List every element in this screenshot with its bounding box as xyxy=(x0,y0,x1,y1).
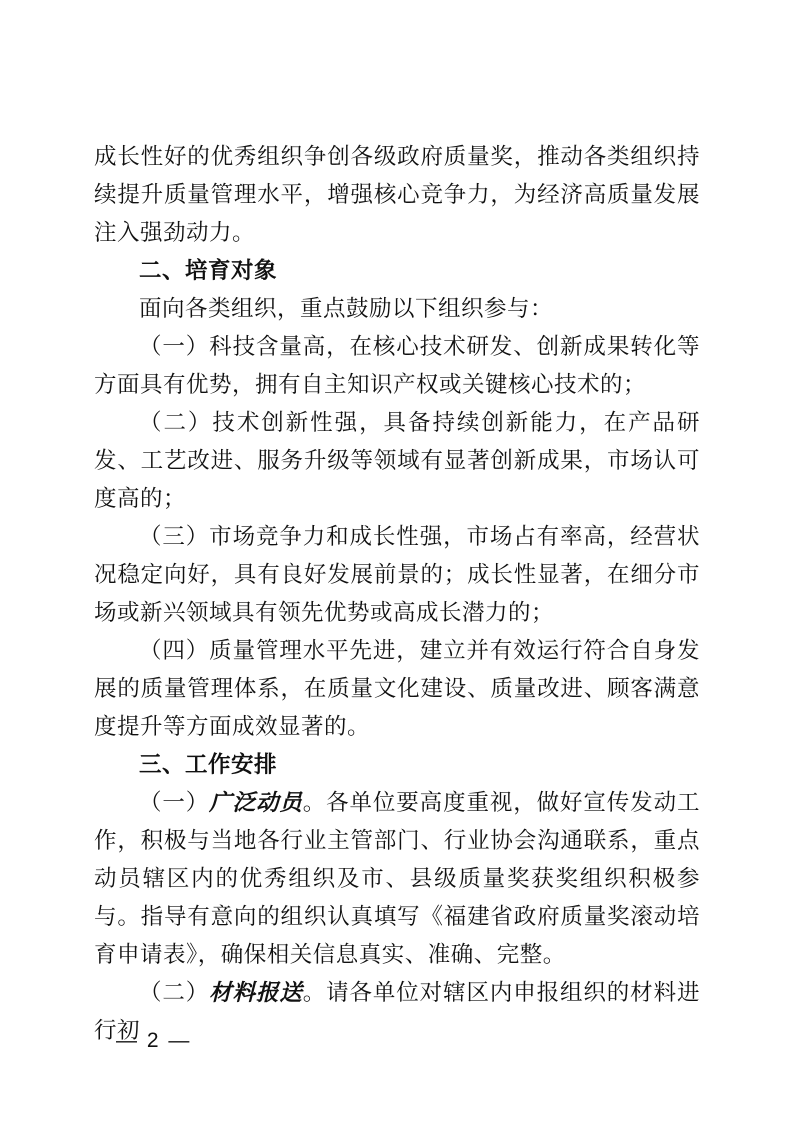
section-heading-2: 二、培育对象 xyxy=(94,252,700,290)
section-heading-3: 三、工作安排 xyxy=(94,746,700,784)
list-item-2: （二）技术创新性强，具备持续创新能力，在产品研发、工艺改进、服务升级等领域有显著… xyxy=(94,404,700,518)
list-item-3: （三）市场竞争力和成长性强，市场占有率高，经营状况稳定向好，具有良好发展前景的；… xyxy=(94,518,700,632)
work-item-1: （一）广泛动员。各单位要高度重视，做好宣传发动工作，积极与当地各行业主管部门、行… xyxy=(94,784,700,974)
emphasis-kaiti: 广泛动员 xyxy=(209,790,303,815)
document-page: 成长性好的优秀组织争创各级政府质量奖，推动各类组织持续提升质量管理水平，增强核心… xyxy=(0,0,793,1122)
page-footer: — 2 — xyxy=(116,1026,191,1056)
list-item-1: （一）科技含量高，在核心技术研发、创新成果转化等方面具有优势，拥有自主知识产权或… xyxy=(94,328,700,404)
list-marker: （二） xyxy=(139,980,209,1005)
paragraph: 面向各类组织，重点鼓励以下组织参与： xyxy=(94,290,700,328)
paragraph-text: 。各单位要高度重视，做好宣传发动工作，积极与当地各行业主管部门、行业协会沟通联系… xyxy=(94,790,700,967)
list-marker: （一） xyxy=(139,790,209,815)
paragraph-continuation: 成长性好的优秀组织争创各级政府质量奖，推动各类组织持续提升质量管理水平，增强核心… xyxy=(94,138,700,252)
page-number: — 2 — xyxy=(116,1029,191,1052)
list-item-4: （四）质量管理水平先进，建立并有效运行符合自身发展的质量管理体系，在质量文化建设… xyxy=(94,632,700,746)
document-body: 成长性好的优秀组织争创各级政府质量奖，推动各类组织持续提升质量管理水平，增强核心… xyxy=(94,138,700,1050)
emphasis-kaiti: 材料报送 xyxy=(209,980,303,1005)
